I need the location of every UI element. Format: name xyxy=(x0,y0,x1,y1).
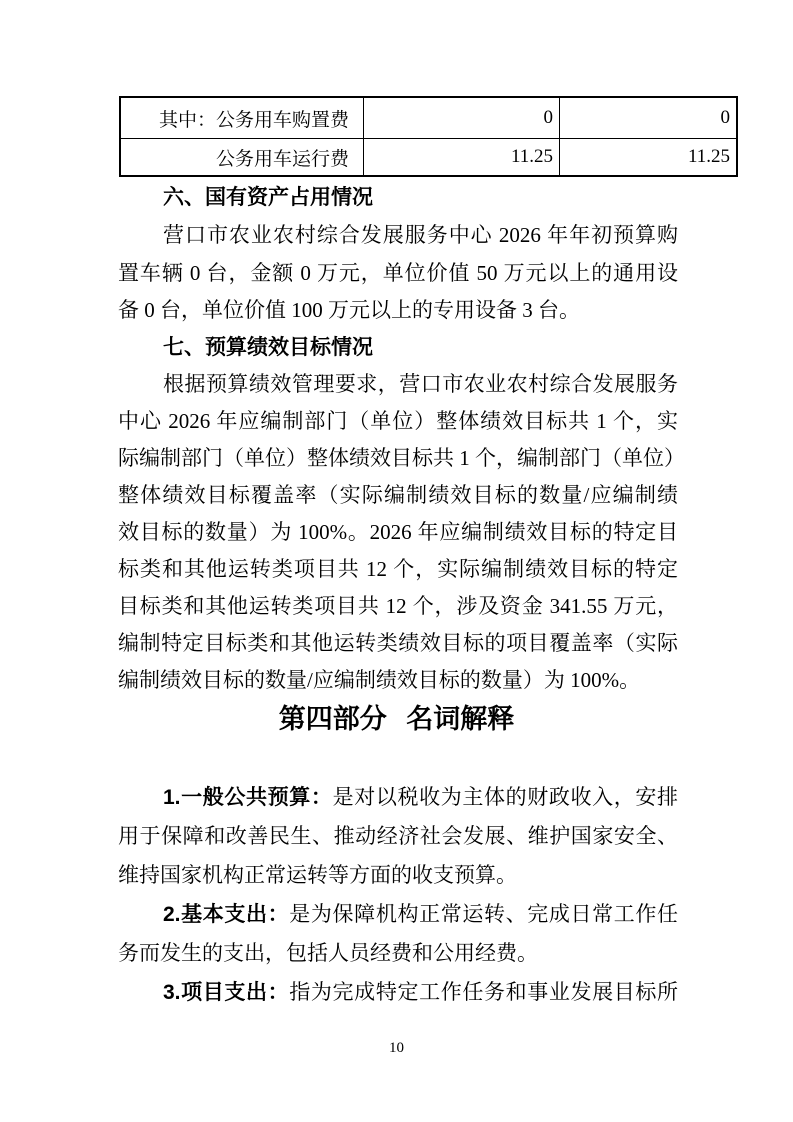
definitions-block: 1.一般公共预算：是对以税收为主体的财政收入，安排 用于保障和改善民生、推动经济… xyxy=(118,778,678,1012)
vehicle-operation-value-1: 11.25 xyxy=(364,139,560,177)
section7-line-2: 中心 2026 年应编制部门（单位）整体绩效目标共 1 个，实 xyxy=(118,403,678,440)
section7-line-8: 编制特定目标类和其他运转类绩效目标的项目覆盖率（实际 xyxy=(118,625,678,662)
part4-title: 第四部分 名词解释 xyxy=(0,702,793,736)
section6-paragraph: 营口市农业农村综合发展服务中心 2026 年年初预算购 置车辆 0 台，金额 0… xyxy=(118,217,678,330)
document-page: 其中：公务用车购置费 0 0 公务用车运行费 11.25 11.25 六、国有资… xyxy=(0,0,793,1122)
definition-2-text: 是为保障机构正常运转、完成日常工作任 xyxy=(289,902,678,926)
table-row-vehicle-operation: 公务用车运行费 11.25 11.25 xyxy=(120,139,737,177)
vehicle-purchase-value-1: 0 xyxy=(364,97,560,139)
page-number: 10 xyxy=(0,1038,793,1058)
definition-2-term: 2.基本支出： xyxy=(163,903,289,926)
vehicle-purchase-value-2: 0 xyxy=(560,97,738,139)
definition-2-line-2: 务而发生的支出，包括人员经费和公用经费。 xyxy=(118,934,678,973)
section7-line-1: 根据预算绩效管理要求，营口市农业农村综合发展服务 xyxy=(118,366,678,403)
row-label-vehicle-operation: 公务用车运行费 xyxy=(120,139,364,177)
section6-line-3: 备 0 台，单位价值 100 万元以上的专用设备 3 台。 xyxy=(118,292,678,330)
table-row-vehicle-purchase: 其中：公务用车购置费 0 0 xyxy=(120,97,737,139)
definition-3-text: 指为完成特定工作任务和事业发展目标所 xyxy=(289,980,678,1004)
definition-1-line-1: 1.一般公共预算：是对以税收为主体的财政收入，安排 xyxy=(118,778,678,817)
section6-line-1: 营口市农业农村综合发展服务中心 2026 年年初预算购 xyxy=(118,217,678,255)
definition-1-term: 1.一般公共预算： xyxy=(163,786,333,809)
definition-2-line-1: 2.基本支出：是为保障机构正常运转、完成日常工作任 xyxy=(118,895,678,934)
definition-3-term: 3.项目支出： xyxy=(163,981,289,1004)
definition-3-line-1: 3.项目支出：指为完成特定工作任务和事业发展目标所 xyxy=(118,973,678,1012)
section7-line-4: 整体绩效目标覆盖率（实际编制绩效目标的数量/应编制绩 xyxy=(118,477,678,514)
section7-line-9: 编制绩效目标的数量/应编制绩效目标的数量）为 100%。 xyxy=(118,662,678,699)
section7-heading: 七、预算绩效目标情况 xyxy=(118,336,723,360)
section7-line-6: 标类和其他运转类项目共 12 个，实际编制绩效目标的特定 xyxy=(118,551,678,588)
section7-line-5: 效目标的数量）为 100%。2026 年应编制绩效目标的特定目 xyxy=(118,514,678,551)
vehicle-operation-value-2: 11.25 xyxy=(560,139,738,177)
section6-line-2: 置车辆 0 台，金额 0 万元，单位价值 50 万元以上的通用设 xyxy=(118,255,678,293)
section6-heading: 六、国有资产占用情况 xyxy=(118,186,723,210)
definition-1-text: 是对以税收为主体的财政收入，安排 xyxy=(333,785,678,809)
definition-1-line-2: 用于保障和改善民生、推动经济社会发展、维护国家安全、 xyxy=(118,817,678,856)
definition-1-line-3: 维持国家机构正常运转等方面的收支预算。 xyxy=(118,856,678,895)
row-label-vehicle-purchase: 其中：公务用车购置费 xyxy=(120,97,364,139)
section7-line-3: 际编制部门（单位）整体绩效目标共 1 个，编制部门（单位） xyxy=(118,440,678,477)
section7-line-7: 目标类和其他运转类项目共 12 个，涉及资金 341.55 万元， xyxy=(118,588,678,625)
section7-paragraph: 根据预算绩效管理要求，营口市农业农村综合发展服务 中心 2026 年应编制部门（… xyxy=(118,366,678,699)
vehicle-expense-table: 其中：公务用车购置费 0 0 公务用车运行费 11.25 11.25 xyxy=(119,96,738,177)
